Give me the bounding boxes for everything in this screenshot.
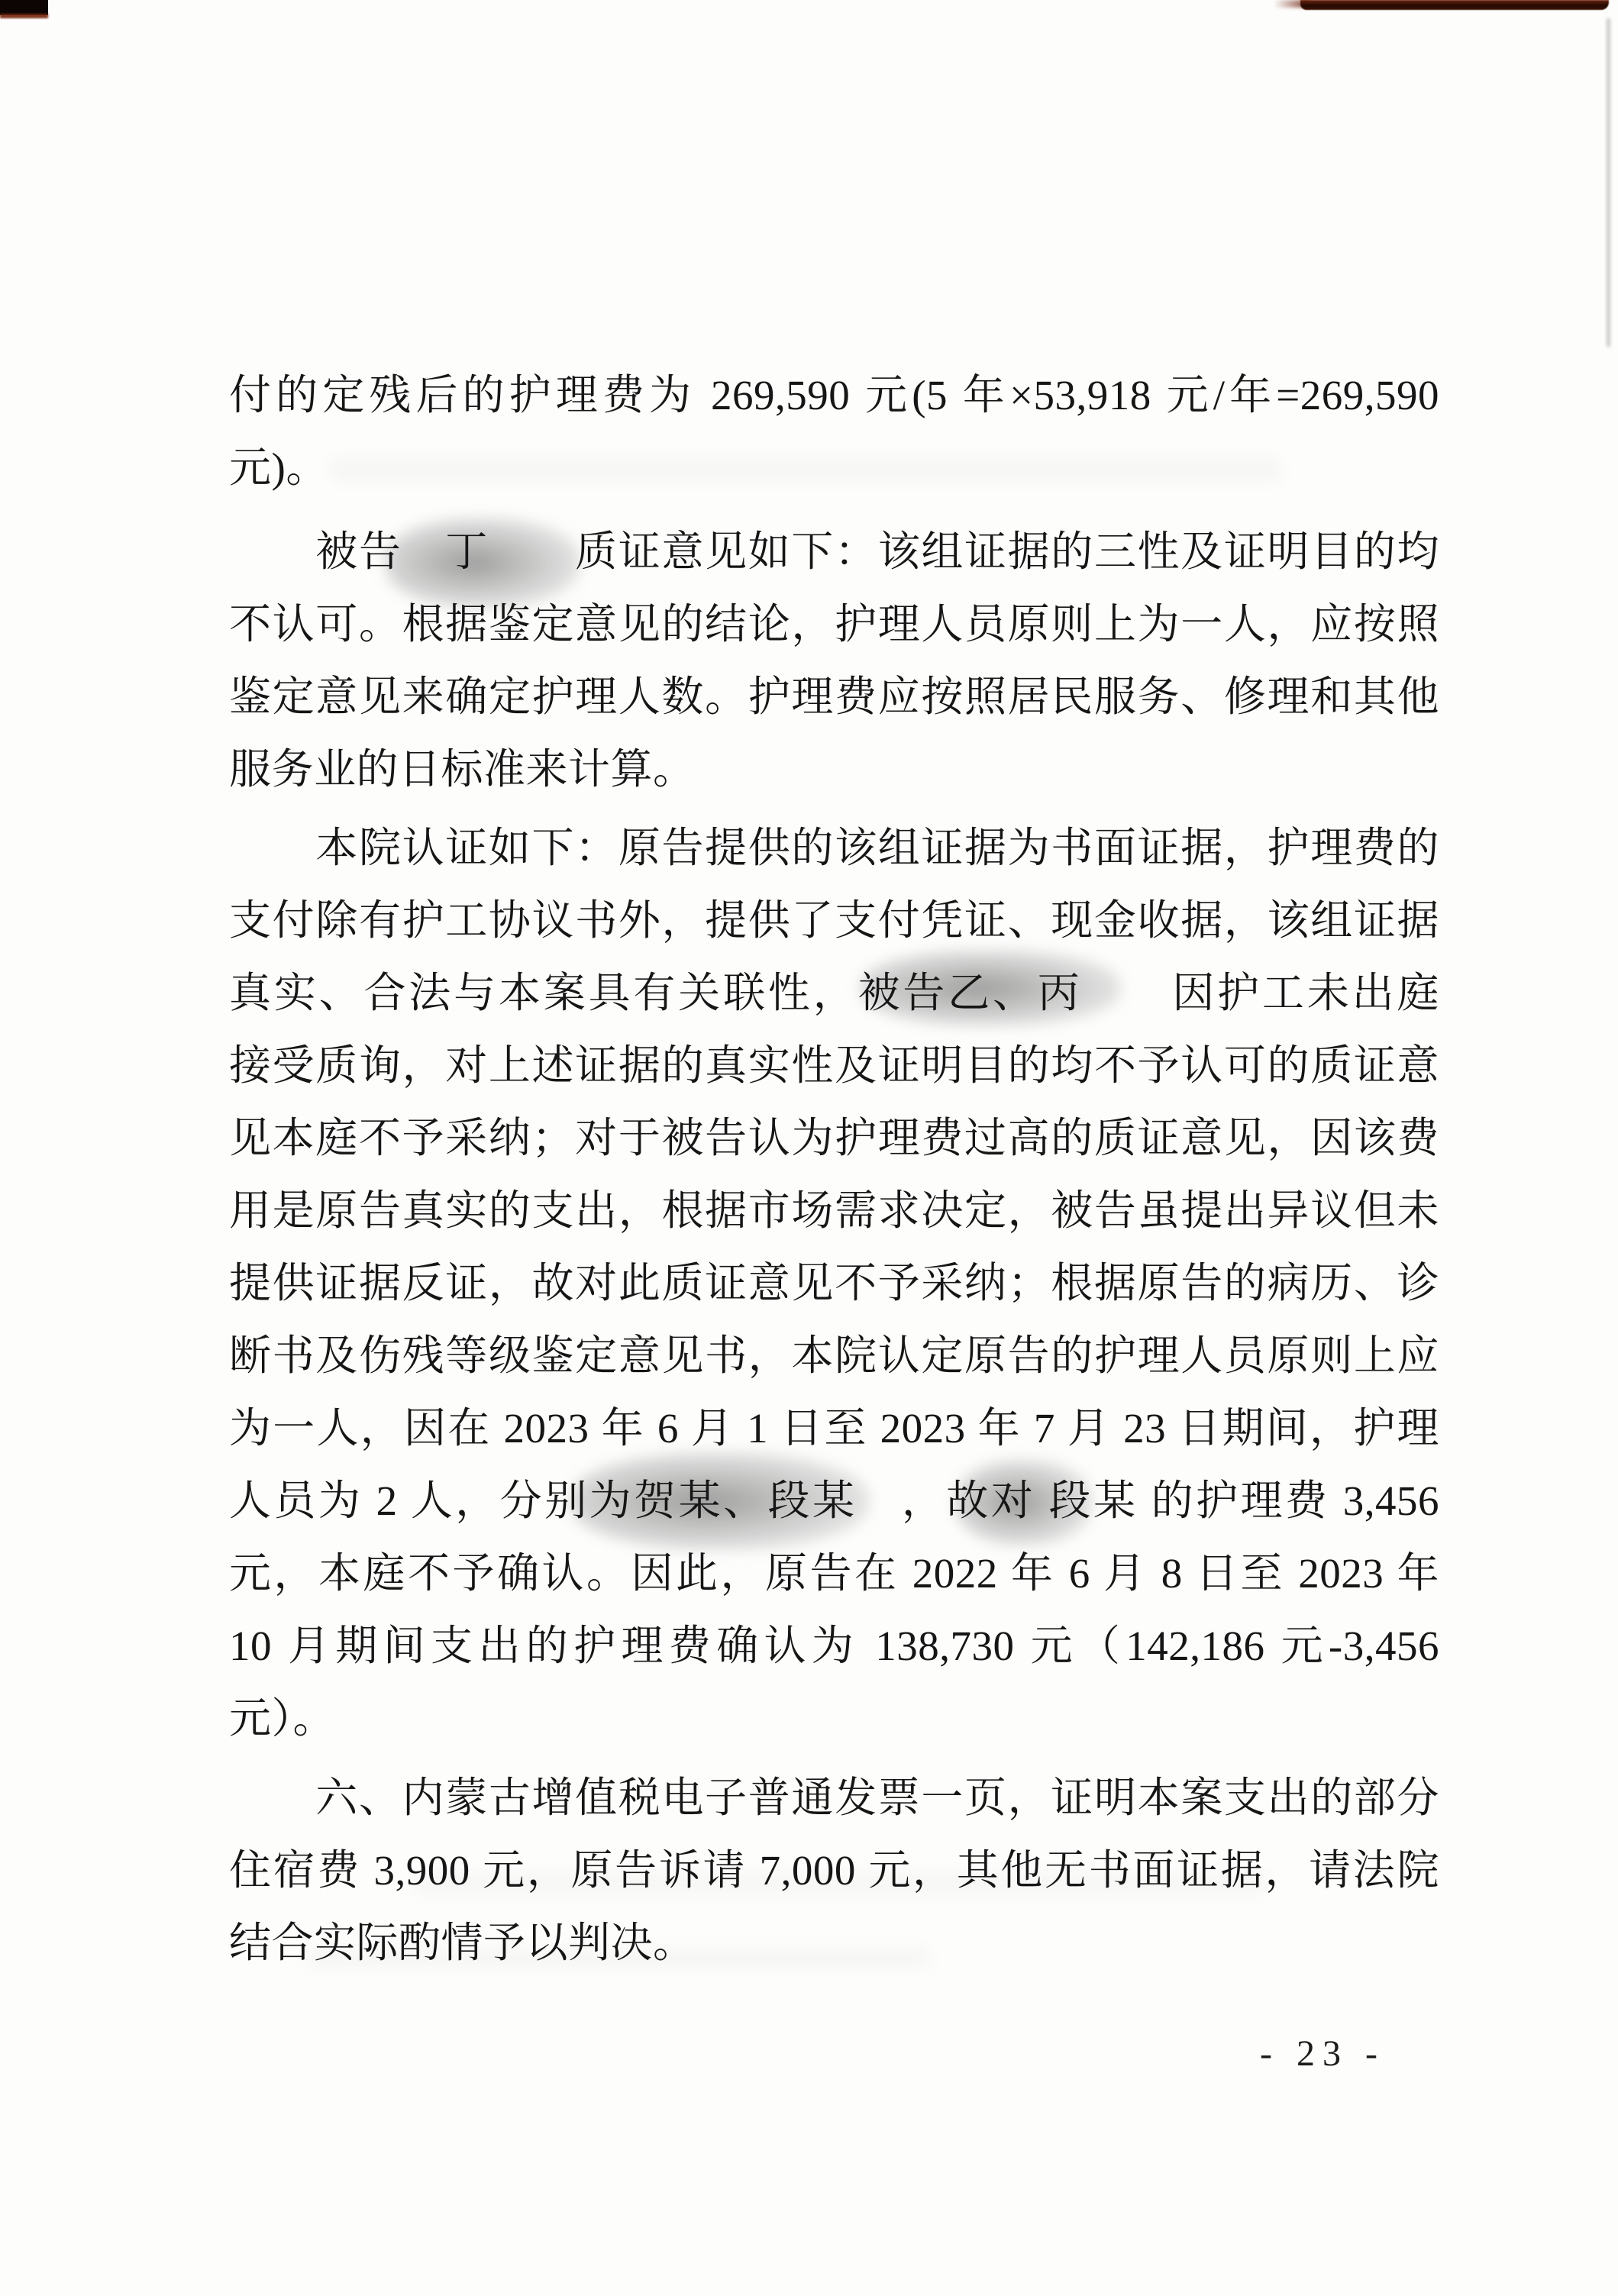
text-line: 住宿费 3,900 元，原告诉请 7,000 元，其他无书面证据，请法院 (229, 1834, 1439, 1907)
text-line: 断书及伤残等级鉴定意见书，本院认定原告的护理人员原则上应 (229, 1319, 1439, 1392)
text-line: 用是原告真实的支出，根据市场需求决定，被告虽提出异议但未 (229, 1174, 1439, 1247)
text-line: 接受质询，对上述证据的真实性及证明目的均不予认可的质证意 (229, 1029, 1439, 1102)
text-line: 付的定残后的护理费为 269,590 元(5 年×53,918 元/年=269,… (229, 359, 1439, 431)
paragraph: 付的定残后的护理费为 269,590 元(5 年×53,918 元/年=269,… (229, 359, 1439, 504)
text-line: 见本庭不予采纳；对于被告认为护理费过高的质证意见，因该费 (229, 1102, 1439, 1174)
text-line: 本院认证如下：原告提供的该组证据为书面证据，护理费的 (229, 812, 1439, 884)
scanned-court-document-page: 付的定残后的护理费为 269,590 元(5 年×53,918 元/年=269,… (0, 0, 1618, 2296)
text-line: 10 月期间支出的护理费确认为 138,730 元（142,186 元-3,45… (229, 1610, 1439, 1682)
text-line: 服务业的日标准来计算。 (229, 733, 1439, 806)
scan-top-band-artifact (1300, 0, 1609, 10)
text-line: 支付除有护工协议书外，提供了支付凭证、现金收据，该组证据 (229, 884, 1439, 957)
scan-corner-artifact (0, 0, 48, 15)
page-number: - 23 - (1260, 2033, 1385, 2075)
text-line: 为一人，因在 2023 年 6 月 1 日至 2023 年 7 月 23 日期间… (229, 1392, 1439, 1464)
paragraph: 六、内蒙古增值税电子普通发票一页，证明本案支出的部分 住宿费 3,900 元，原… (229, 1762, 1439, 1979)
text-line: 不认可。根据鉴定意见的结论，护理人员原则上为一人，应按照 (229, 588, 1439, 660)
text-line: 元)。 (229, 431, 1439, 504)
paragraph: 本院认证如下：原告提供的该组证据为书面证据，护理费的 支付除有护工协议书外，提供… (229, 812, 1439, 1755)
scan-edge-streak (1607, 18, 1610, 347)
scan-corner-artifact-edge (0, 14, 48, 18)
text-line: 元）。 (229, 1682, 1439, 1755)
text-line: 真实、合法与本案具有关联性，被告乙、丙 因护工未出庭 (229, 957, 1439, 1029)
paragraph: 被告 丁 质证意见如下：该组证据的三性及证明目的均 不认可。根据鉴定意见的结论，… (229, 515, 1439, 806)
text-line: 六、内蒙古增值税电子普通发票一页，证明本案支出的部分 (229, 1762, 1439, 1834)
text-line: 元，本庭不予确认。因此，原告在 2022 年 6 月 8 日至 2023 年 (229, 1537, 1439, 1610)
text-line: 被告 丁 质证意见如下：该组证据的三性及证明目的均 (229, 515, 1439, 588)
text-line: 提供证据反证，故对此质证意见不予采纳；根据原告的病历、诊 (229, 1247, 1439, 1319)
text-line: 人员为 2 人，分别为贺某、段某 ，故对 段某 的护理费 3,456 (229, 1464, 1439, 1537)
text-line: 鉴定意见来确定护理人数。护理费应按照居民服务、修理和其他 (229, 660, 1439, 733)
text-line: 结合实际酌情予以判决。 (229, 1907, 1439, 1979)
